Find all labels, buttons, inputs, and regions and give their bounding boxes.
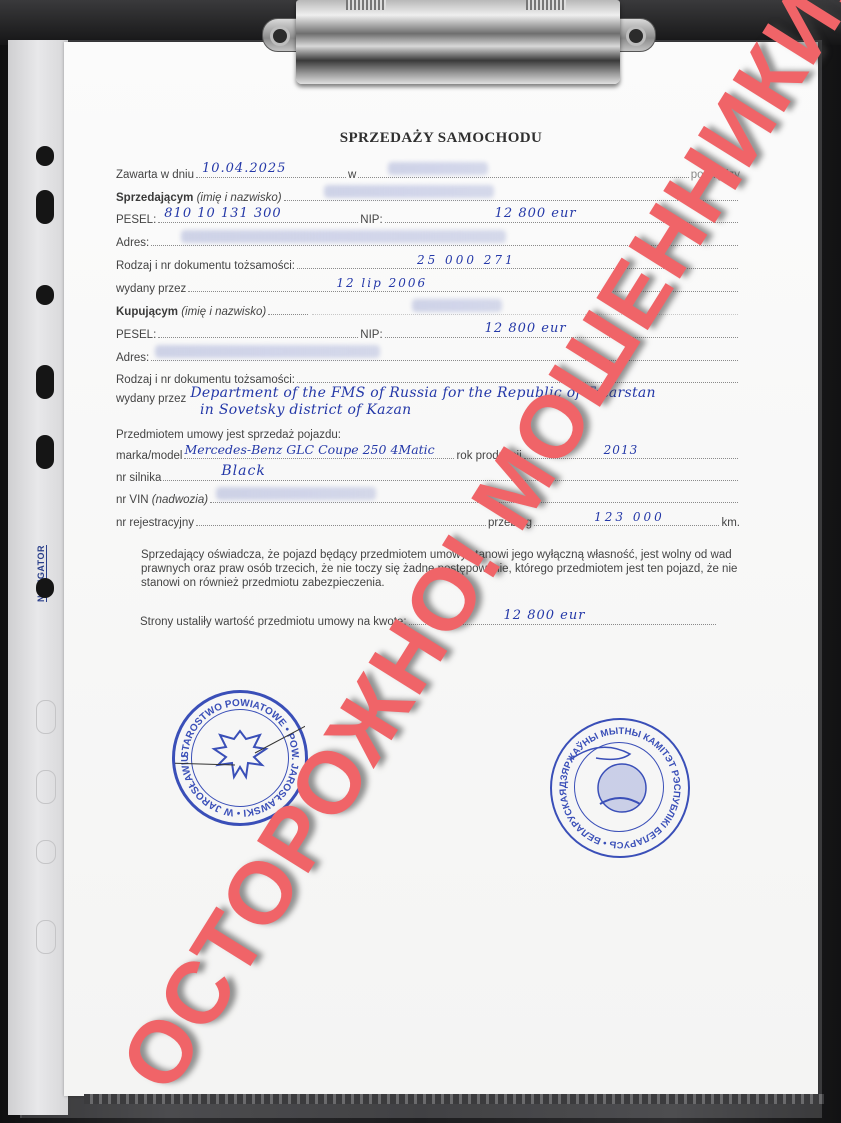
seller-hint: (imię i nazwisko) <box>197 192 282 204</box>
mileage-unit: km. <box>721 517 740 529</box>
clipboard-clip <box>262 0 654 85</box>
seller-pesel-label: PESEL: <box>116 214 156 226</box>
date-label: Zawarta w dniu <box>116 169 194 181</box>
buyer-pesel-label: PESEL: <box>116 329 156 341</box>
redacted-buyer-name <box>412 299 502 312</box>
redacted-buyer-address <box>155 345 380 358</box>
seller-doc-label: Rodzaj i nr dokumentu tożsamości: <box>116 260 295 272</box>
clip-rivet-icon <box>626 26 646 46</box>
row-engine: nr silnika Black <box>116 466 740 484</box>
buyer-label: Kupującym <box>116 306 178 318</box>
redacted-seller-address <box>181 230 506 243</box>
seller-issued-value: 12 lip 2006 <box>336 276 427 290</box>
seller-issued-label: wydany przez <box>116 283 186 295</box>
redacted-place <box>388 162 488 175</box>
punch-hole-empty <box>36 700 56 734</box>
seller-doc-value: 25 000 271 <box>417 253 516 267</box>
globe-emblem-icon: ДЗЯРЖАЎНЫ МЫТНЫ КАМІТЭТ РЭСПУБЛІКІ БЕЛАР… <box>552 720 688 856</box>
punch-hole <box>36 190 54 224</box>
row-make-model: marka/model Mercedes-Benz GLC Coupe 250 … <box>116 444 740 462</box>
clip-rivet-icon <box>270 26 290 46</box>
engine-label: nr silnika <box>116 472 161 484</box>
paper-bottom-edge <box>84 1094 824 1104</box>
punch-hole <box>36 435 54 469</box>
make-value: Mercedes-Benz GLC Coupe 250 4Matic <box>184 442 434 457</box>
engine-value: Black <box>221 463 265 479</box>
seller-nip-label: NIP: <box>360 214 382 226</box>
row-subject: Przedmiotem umowy jest sprzedaż pojazdu: <box>116 423 740 441</box>
buyer-address-label: Adres: <box>116 352 149 364</box>
punch-hole <box>36 146 54 166</box>
punch-hole-empty <box>36 770 56 804</box>
place-label: w <box>348 169 356 181</box>
seller-nip-value: 12 800 eur <box>495 206 577 221</box>
vin-label: nr VIN <box>116 494 149 506</box>
punch-hole <box>36 578 54 598</box>
punch-strip: NAVIGATOR <box>8 40 68 1115</box>
subject-label: Przedmiotem umowy jest sprzedaż pojazdu: <box>116 429 341 441</box>
seller-address-label: Adres: <box>116 237 149 249</box>
year-value: 2013 <box>604 443 639 457</box>
punch-hole <box>36 365 54 399</box>
redacted-vin <box>216 487 376 500</box>
buyer-nip-label: NIP: <box>360 329 382 341</box>
make-label: marka/model <box>116 450 182 462</box>
date-value: 10.04.2025 <box>202 161 286 176</box>
punch-hole-empty <box>36 840 56 864</box>
punch-hole-empty <box>36 920 56 954</box>
stamp-customs-belarus: ДЗЯРЖАЎНЫ МЫТНЫ КАМІТЭТ РЭСПУБЛІКІ БЕЛАР… <box>550 718 690 858</box>
buyer-issued-value-line2: in Sovetsky district of Kazan <box>200 402 411 418</box>
row-vin: nr VIN (nadwozia) <box>116 488 740 506</box>
clip-plate <box>296 0 620 84</box>
redacted-seller-name <box>324 185 494 198</box>
buyer-hint: (imię i nazwisko) <box>181 306 266 318</box>
seller-pesel-value: 810 10 131 300 <box>164 206 281 221</box>
row-buyer-issued-by-cont: in Sovetsky district of Kazan <box>116 404 740 422</box>
row-registration: nr rejestracyjny przebieg 123 000 km. <box>116 511 740 529</box>
seller-label: Sprzedającym <box>116 192 193 204</box>
reg-label: nr rejestracyjny <box>116 517 194 529</box>
punch-hole <box>36 285 54 305</box>
price-value: 12 800 eur <box>504 608 586 623</box>
mileage-value: 123 000 <box>594 510 665 524</box>
vin-hint: (nadwozia) <box>152 494 208 506</box>
